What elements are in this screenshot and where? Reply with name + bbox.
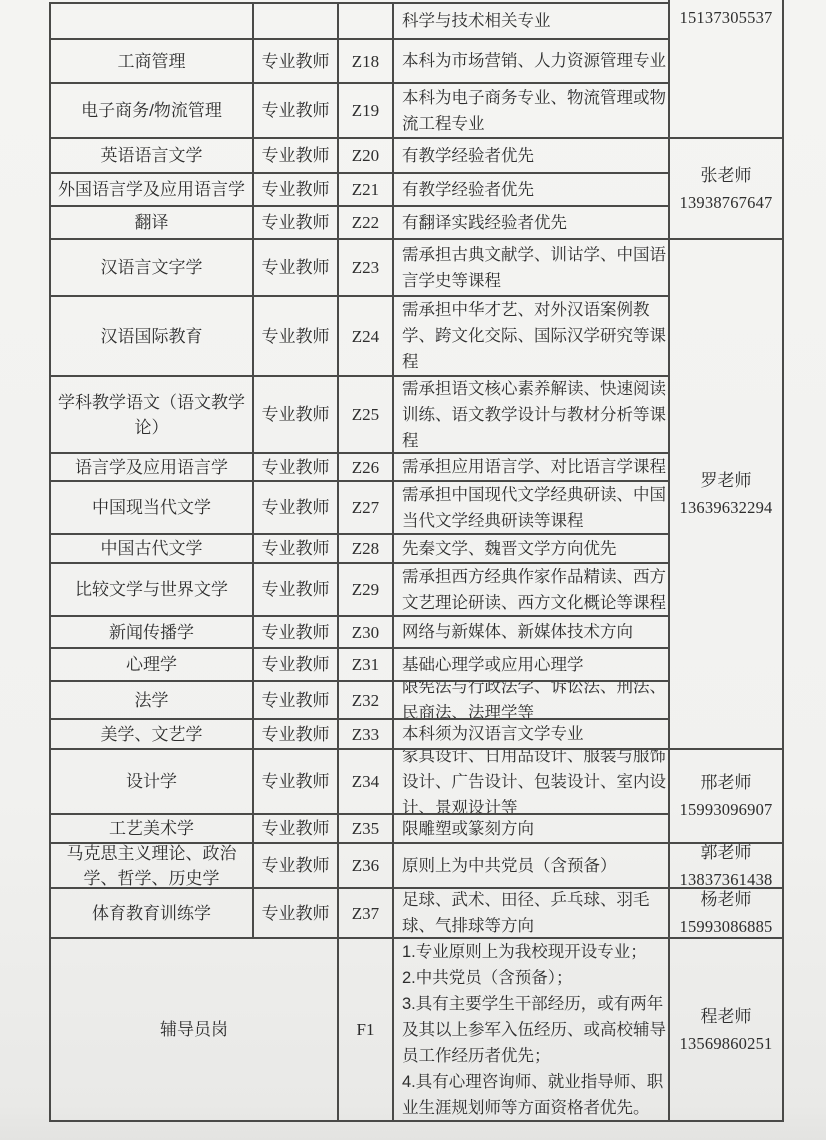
position-label: 专业教师 [262,722,330,747]
cell-major-r0 [49,2,252,38]
code-label: Z37 [352,901,379,926]
contact-cell-5: 杨老师15993086885 [668,887,782,937]
position-label: 专业教师 [262,324,330,349]
contact-name: 罗老师 [701,467,752,494]
position-label: 专业教师 [262,210,330,235]
major-label: 学科教学语文（语文教学论） [51,390,252,440]
cell-requirement-r0: 科学与技术相关专业 [392,2,668,38]
code-label: Z19 [352,98,379,123]
cell-major-z18: 工商管理 [49,38,252,82]
cell-requirement-z37: 足球、武术、田径、乒乓球、羽毛球、气排球等方向 [392,887,668,937]
major-label: 翻译 [135,210,169,235]
cell-position-z35: 专业教师 [252,813,337,842]
contact-name: 张老师 [701,162,752,189]
position-label: 专业教师 [262,455,330,480]
cell-requirement-z21: 有教学经验者优先 [392,172,668,205]
position-label: 专业教师 [262,255,330,280]
cell-position-z18: 专业教师 [252,38,337,82]
cell-code-z32: Z32 [337,680,392,718]
cell-requirement-z34: 家具设计、日用品设计、服装与服饰设计、广告设计、包装设计、室内设计、景观设计等 [392,748,668,813]
cell-code-r0 [337,2,392,38]
major-label: 工商管理 [118,49,186,74]
cell-requirement-z33: 本科须为汉语言文学专业 [392,718,668,748]
contact-phone: 15993096907 [680,796,773,823]
requirement-text: 本科为电子商务专业、物流管理或物流工程专业 [402,85,666,137]
cell-position-z31: 专业教师 [252,647,337,680]
major-label: 外国语言学及应用语言学 [58,177,245,202]
contact-name: 杨老师 [701,887,752,913]
requirement-text: 有翻译实践经验者优先 [402,210,666,236]
cell-position-z24: 专业教师 [252,295,337,375]
cell-requirement-z25: 需承担语文核心素养解读、快速阅读训练、语文教学设计与教材分析等课程 [392,375,668,452]
contact-phone: 13837361438 [680,866,773,888]
cell-code-z29: Z29 [337,562,392,615]
cell-code-z24: Z24 [337,295,392,375]
cell-code-z19: Z19 [337,82,392,137]
cell-position-z29: 专业教师 [252,562,337,615]
position-label: 专业教师 [262,177,330,202]
requirement-item: 4.具有心理咨询师、就业指导师、职业生涯规划师等方面资格者优先。 [402,1069,666,1121]
table-right-border [782,0,784,1122]
contact-cell-2: 罗老师13639632294 [668,238,782,748]
major-label: 辅导员岗 [160,1017,228,1042]
code-label: Z33 [352,722,379,747]
cell-requirement-z24: 需承担中华才艺、对外汉语案例教学、跨文化交际、国际汉学研究等课程 [392,295,668,375]
cell-major-z36: 马克思主义理论、政治学、哲学、历史学 [49,842,252,887]
cell-code-f1: F1 [337,937,392,1120]
cell-code-z22: Z22 [337,205,392,238]
code-label: Z26 [352,455,379,480]
position-label: 专业教师 [262,901,330,926]
code-label: Z25 [352,402,379,427]
cell-major-z32: 法学 [49,680,252,718]
major-label: 汉语言文字学 [101,255,203,280]
table-bottom-border [49,1120,784,1122]
cell-position-z37: 专业教师 [252,887,337,937]
requirement-text: 需承担语文核心素养解读、快速阅读训练、语文教学设计与教材分析等课程 [402,376,666,453]
requirement-text: 需承担西方经典作家作品精读、西方文艺理论研读、西方文化概论等课程 [402,564,666,616]
code-label: Z24 [352,324,379,349]
cell-major-z21: 外国语言学及应用语言学 [49,172,252,205]
code-label: Z27 [352,495,379,520]
major-label: 设计学 [126,769,177,794]
cell-position-z23: 专业教师 [252,238,337,295]
code-label: Z28 [352,536,379,561]
major-label: 中国现当代文学 [92,495,211,520]
cell-code-z26: Z26 [337,452,392,480]
code-label: Z22 [352,210,379,235]
code-label: Z32 [352,688,379,713]
code-label: Z21 [352,177,379,202]
cell-major-z28: 中国古代文学 [49,533,252,562]
cell-major-z33: 美学、文艺学 [49,718,252,748]
requirement-item: 3.具有主要学生干部经历，或有两年及其以上参军入伍经历、或高校辅导员工作经历者优… [402,991,666,1069]
cell-requirement-z31: 基础心理学或应用心理学 [392,647,668,680]
code-label: Z20 [352,143,379,168]
major-label: 汉语国际教育 [101,324,203,349]
cell-code-z23: Z23 [337,238,392,295]
cell-major-z26: 语言学及应用语言学 [49,452,252,480]
contact-phone: 13938767647 [680,189,773,216]
code-label: Z30 [352,620,379,645]
requirement-text: 原则上为中共党员（含预备） [402,853,666,879]
cell-major-z34: 设计学 [49,748,252,813]
cell-position-z33: 专业教师 [252,718,337,748]
major-label: 新闻传播学 [109,620,194,645]
cell-major-z25: 学科教学语文（语文教学论） [49,375,252,452]
recruitment-positions-table: 科学与技术相关专业工商管理专业教师Z18本科为市场营销、人力资源管理专业电子商务… [0,0,826,1140]
code-label: Z18 [352,49,379,74]
requirement-text: 需承担应用语言学、对比语言学课程 [402,454,666,480]
major-label: 语言学及应用语言学 [75,455,228,480]
position-label: 专业教师 [262,688,330,713]
cell-major-z37: 体育教育训练学 [49,887,252,937]
cell-code-z36: Z36 [337,842,392,887]
cell-position-z27: 专业教师 [252,480,337,533]
position-label: 专业教师 [262,577,330,602]
cell-major-f1: 辅导员岗 [49,937,337,1120]
cell-code-z18: Z18 [337,38,392,82]
cell-code-z30: Z30 [337,615,392,647]
major-label: 体育教育训练学 [92,901,211,926]
major-label: 比较文学与世界文学 [75,577,228,602]
cell-requirement-z19: 本科为电子商务专业、物流管理或物流工程专业 [392,82,668,137]
cell-position-z32: 专业教师 [252,680,337,718]
requirement-text: 限宪法与行政法学、诉讼法、刑法、民商法、法理学等 [402,680,666,718]
cell-code-z21: Z21 [337,172,392,205]
code-label: Z29 [352,577,379,602]
requirement-text: 本科为市场营销、人力资源管理专业 [402,48,666,74]
major-label: 英语语言文学 [101,143,203,168]
cell-major-z29: 比较文学与世界文学 [49,562,252,615]
cell-position-z25: 专业教师 [252,375,337,452]
contact-name: 邢老师 [701,769,752,796]
cell-position-z26: 专业教师 [252,452,337,480]
cell-major-z30: 新闻传播学 [49,615,252,647]
position-label: 专业教师 [262,536,330,561]
requirement-text: 需承担中华才艺、对外汉语案例教学、跨文化交际、国际汉学研究等课程 [402,297,666,375]
code-label: F1 [357,1017,375,1042]
requirement-text: 需承担中国现代文学经典研读、中国当代文学经典研读等课程 [402,482,666,534]
requirement-text: 足球、武术、田径、乒乓球、羽毛球、气排球等方向 [402,887,666,937]
contact-cell-3: 邢老师15993096907 [668,748,782,842]
major-label: 电子商务/物流管理 [81,98,222,123]
position-label: 专业教师 [262,816,330,841]
cell-position-z21: 专业教师 [252,172,337,205]
requirement-text: 本科须为汉语言文学专业 [402,721,666,747]
requirement-text: 基础心理学或应用心理学 [402,652,666,678]
cell-requirement-f1: 1.专业原则上为我校现开设专业；2.中共党员（含预备）；3.具有主要学生干部经历… [392,937,668,1120]
cell-major-z20: 英语语言文学 [49,137,252,172]
position-label: 专业教师 [262,495,330,520]
code-label: Z34 [352,769,379,794]
code-label: Z31 [352,652,379,677]
cell-requirement-z20: 有教学经验者优先 [392,137,668,172]
cell-major-z27: 中国现当代文学 [49,480,252,533]
requirement-text: 需承担古典文献学、训诂学、中国语言学史等课程 [402,242,666,294]
cell-major-z23: 汉语言文字学 [49,238,252,295]
cell-position-z30: 专业教师 [252,615,337,647]
requirement-text: 有教学经验者优先 [402,143,666,169]
cell-code-z25: Z25 [337,375,392,452]
requirement-list: 1.专业原则上为我校现开设专业；2.中共党员（含预备）；3.具有主要学生干部经历… [402,939,666,1121]
requirement-text: 有教学经验者优先 [402,177,666,203]
code-label: Z23 [352,255,379,280]
code-label: Z36 [352,853,379,878]
contact-cell-6: 程老师13569860251 [668,937,782,1120]
cell-position-z36: 专业教师 [252,842,337,887]
contact-cell-1: 张老师13938767647 [668,137,782,238]
cell-major-z35: 工艺美术学 [49,813,252,842]
cell-requirement-z22: 有翻译实践经验者优先 [392,205,668,238]
cell-position-z34: 专业教师 [252,748,337,813]
cell-requirement-z29: 需承担西方经典作家作品精读、西方文艺理论研读、西方文化概论等课程 [392,562,668,615]
cell-position-z20: 专业教师 [252,137,337,172]
position-label: 专业教师 [262,143,330,168]
cell-code-z35: Z35 [337,813,392,842]
cell-code-z34: Z34 [337,748,392,813]
major-label: 美学、文艺学 [101,722,203,747]
requirement-text: 限雕塑或篆刻方向 [402,816,666,842]
cell-position-z28: 专业教师 [252,533,337,562]
cell-code-z28: Z28 [337,533,392,562]
position-label: 专业教师 [262,620,330,645]
cell-requirement-z35: 限雕塑或篆刻方向 [392,813,668,842]
position-label: 专业教师 [262,652,330,677]
requirement-text: 科学与技术相关专业 [402,8,666,34]
code-label: Z35 [352,816,379,841]
position-label: 专业教师 [262,402,330,427]
requirement-item: 1.专业原则上为我校现开设专业； [402,939,666,965]
contact-phone: 13569860251 [680,1030,773,1057]
cell-code-z37: Z37 [337,887,392,937]
position-label: 专业教师 [262,49,330,74]
cell-major-z22: 翻译 [49,205,252,238]
position-label: 专业教师 [262,853,330,878]
major-label: 心理学 [126,652,177,677]
cell-requirement-z28: 先秦文学、魏晋文学方向优先 [392,533,668,562]
cell-code-z31: Z31 [337,647,392,680]
cell-major-z31: 心理学 [49,647,252,680]
requirement-text: 网络与新媒体、新媒体技术方向 [402,619,666,645]
cell-requirement-z36: 原则上为中共党员（含预备） [392,842,668,887]
cell-position-z22: 专业教师 [252,205,337,238]
cell-requirement-z23: 需承担古典文献学、训诂学、中国语言学史等课程 [392,238,668,295]
cell-major-z19: 电子商务/物流管理 [49,82,252,137]
cell-position-z19: 专业教师 [252,82,337,137]
cell-code-z33: Z33 [337,718,392,748]
contact-name: 郭老师 [701,842,752,866]
cell-position-r0 [252,2,337,38]
contact-cell-4: 郭老师13837361438 [668,842,782,887]
cell-requirement-z30: 网络与新媒体、新媒体技术方向 [392,615,668,647]
cell-requirement-z32: 限宪法与行政法学、诉讼法、刑法、民商法、法理学等 [392,680,668,718]
contact-phone: 15993086885 [680,913,773,937]
position-label: 专业教师 [262,769,330,794]
cell-major-z24: 汉语国际教育 [49,295,252,375]
major-label: 马克思主义理论、政治学、哲学、历史学 [51,842,252,887]
requirement-text: 家具设计、日用品设计、服装与服饰设计、广告设计、包装设计、室内设计、景观设计等 [402,748,666,813]
contact-phone: 13639632294 [680,494,773,521]
cell-code-z20: Z20 [337,137,392,172]
contact-cell-0: 15137305537 [668,0,782,137]
cell-requirement-z18: 本科为市场营销、人力资源管理专业 [392,38,668,82]
major-label: 法学 [135,688,169,713]
contact-name: 程老师 [701,1003,752,1030]
requirement-text: 先秦文学、魏晋文学方向优先 [402,536,666,562]
cell-requirement-z26: 需承担应用语言学、对比语言学课程 [392,452,668,480]
contact-phone: 15137305537 [680,4,773,31]
major-label: 中国古代文学 [101,536,203,561]
requirement-item: 2.中共党员（含预备）； [402,965,666,991]
major-label: 工艺美术学 [109,816,194,841]
position-label: 专业教师 [262,98,330,123]
cell-requirement-z27: 需承担中国现代文学经典研读、中国当代文学经典研读等课程 [392,480,668,533]
cell-code-z27: Z27 [337,480,392,533]
